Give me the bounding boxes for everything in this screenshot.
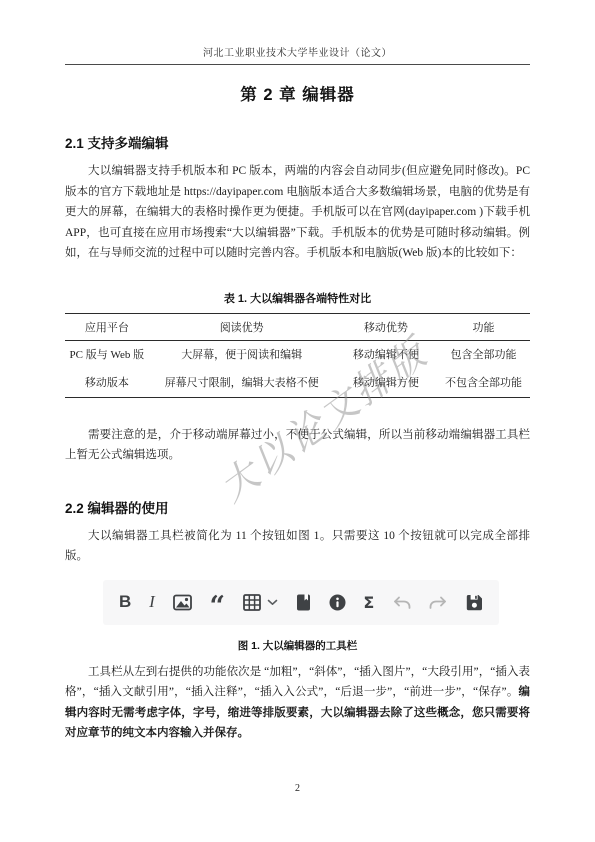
table-header-row: 应用平台 阅读优势 移动优势 功能: [65, 313, 530, 340]
editor-toolbar-image: B I “: [103, 580, 499, 625]
insert-formula-icon: Σ: [363, 593, 374, 612]
document-page: 河北工业职业技术大学毕业设计（论文） 第 2 章 编辑器 2.1 支持多端编辑 …: [0, 0, 595, 842]
redo-icon: [429, 595, 448, 610]
paragraph-multi-device: 大以编辑器支持手机版本和 PC 版本，两端的内容会自动同步(但应避免同时修改)。…: [65, 161, 530, 264]
table-header-cell: 功能: [437, 313, 530, 340]
table-header-cell: 应用平台: [65, 313, 149, 340]
section-heading-2-1: 2.1 支持多端编辑: [65, 132, 530, 152]
insert-citation-icon: [296, 594, 311, 611]
blockquote-icon: “: [209, 602, 225, 612]
table-cell: 移动编辑不便: [335, 340, 437, 369]
table-cell: 移动版本: [65, 369, 149, 398]
table-cell: 不包含全部功能: [437, 369, 530, 398]
table-caption: 表 1. 大以编辑器各端特性对比: [65, 290, 530, 306]
table-row: PC 版与 Web 版 大屏幕，便于阅读和编辑 移动编辑不便 包含全部功能: [65, 340, 530, 369]
feature-comparison-table: 应用平台 阅读优势 移动优势 功能 PC 版与 Web 版 大屏幕，便于阅读和编…: [65, 313, 530, 398]
table-header-cell: 移动优势: [335, 313, 437, 340]
table-cell: 大屏幕，便于阅读和编辑: [149, 340, 335, 369]
running-header: 河北工业职业技术大学毕业设计（论文）: [65, 44, 530, 65]
table-cell: 屏幕尺寸限制，编辑大表格不便: [149, 369, 335, 398]
table-cell: 包含全部功能: [437, 340, 530, 369]
paragraph-formula-note: 需要注意的是，介于移动端屏幕过小，不便于公式编辑，所以当前移动端编辑器工具栏上暂…: [65, 425, 530, 466]
paragraph-toolbar-functions: 工具栏从左到右提供的功能依次是 “加粗”，“斜体”，“插入图片”，“大段引用”，…: [65, 662, 530, 744]
table-cell: 移动编辑方便: [335, 369, 437, 398]
page-content: 河北工业职业技术大学毕业设计（论文） 第 2 章 编辑器 2.1 支持多端编辑 …: [0, 0, 595, 744]
insert-table-icon: [243, 594, 278, 611]
page-number: 2: [0, 783, 595, 794]
section-heading-2-2: 2.2 编辑器的使用: [65, 497, 530, 517]
figure-caption: 图 1. 大以编辑器的工具栏: [65, 638, 530, 653]
chevron-down-icon: [267, 599, 278, 606]
table-row: 移动版本 屏幕尺寸限制，编辑大表格不便 移动编辑方便 不包含全部功能: [65, 369, 530, 398]
table-header-cell: 阅读优势: [149, 313, 335, 340]
bold-icon: B: [119, 592, 131, 612]
toolbar-figure: B I “: [65, 580, 530, 625]
italic-icon: I: [149, 592, 155, 612]
undo-icon: [392, 595, 411, 610]
paragraph-toolbar-intro: 大以编辑器工具栏被简化为 11 个按钮如图 1。只需要这 10 个按钮就可以完成…: [65, 526, 530, 567]
table-body: PC 版与 Web 版 大屏幕，便于阅读和编辑 移动编辑不便 包含全部功能 移动…: [65, 340, 530, 397]
insert-note-icon: [329, 594, 346, 611]
table-cell: PC 版与 Web 版: [65, 340, 149, 369]
save-icon: [466, 594, 483, 611]
table-head: 应用平台 阅读优势 移动优势 功能: [65, 313, 530, 340]
chapter-title: 第 2 章 编辑器: [65, 81, 530, 105]
toolbar-functions-text: 工具栏从左到右提供的功能依次是 “加粗”，“斜体”，“插入图片”，“大段引用”，…: [65, 666, 530, 699]
insert-image-icon: [173, 594, 192, 611]
